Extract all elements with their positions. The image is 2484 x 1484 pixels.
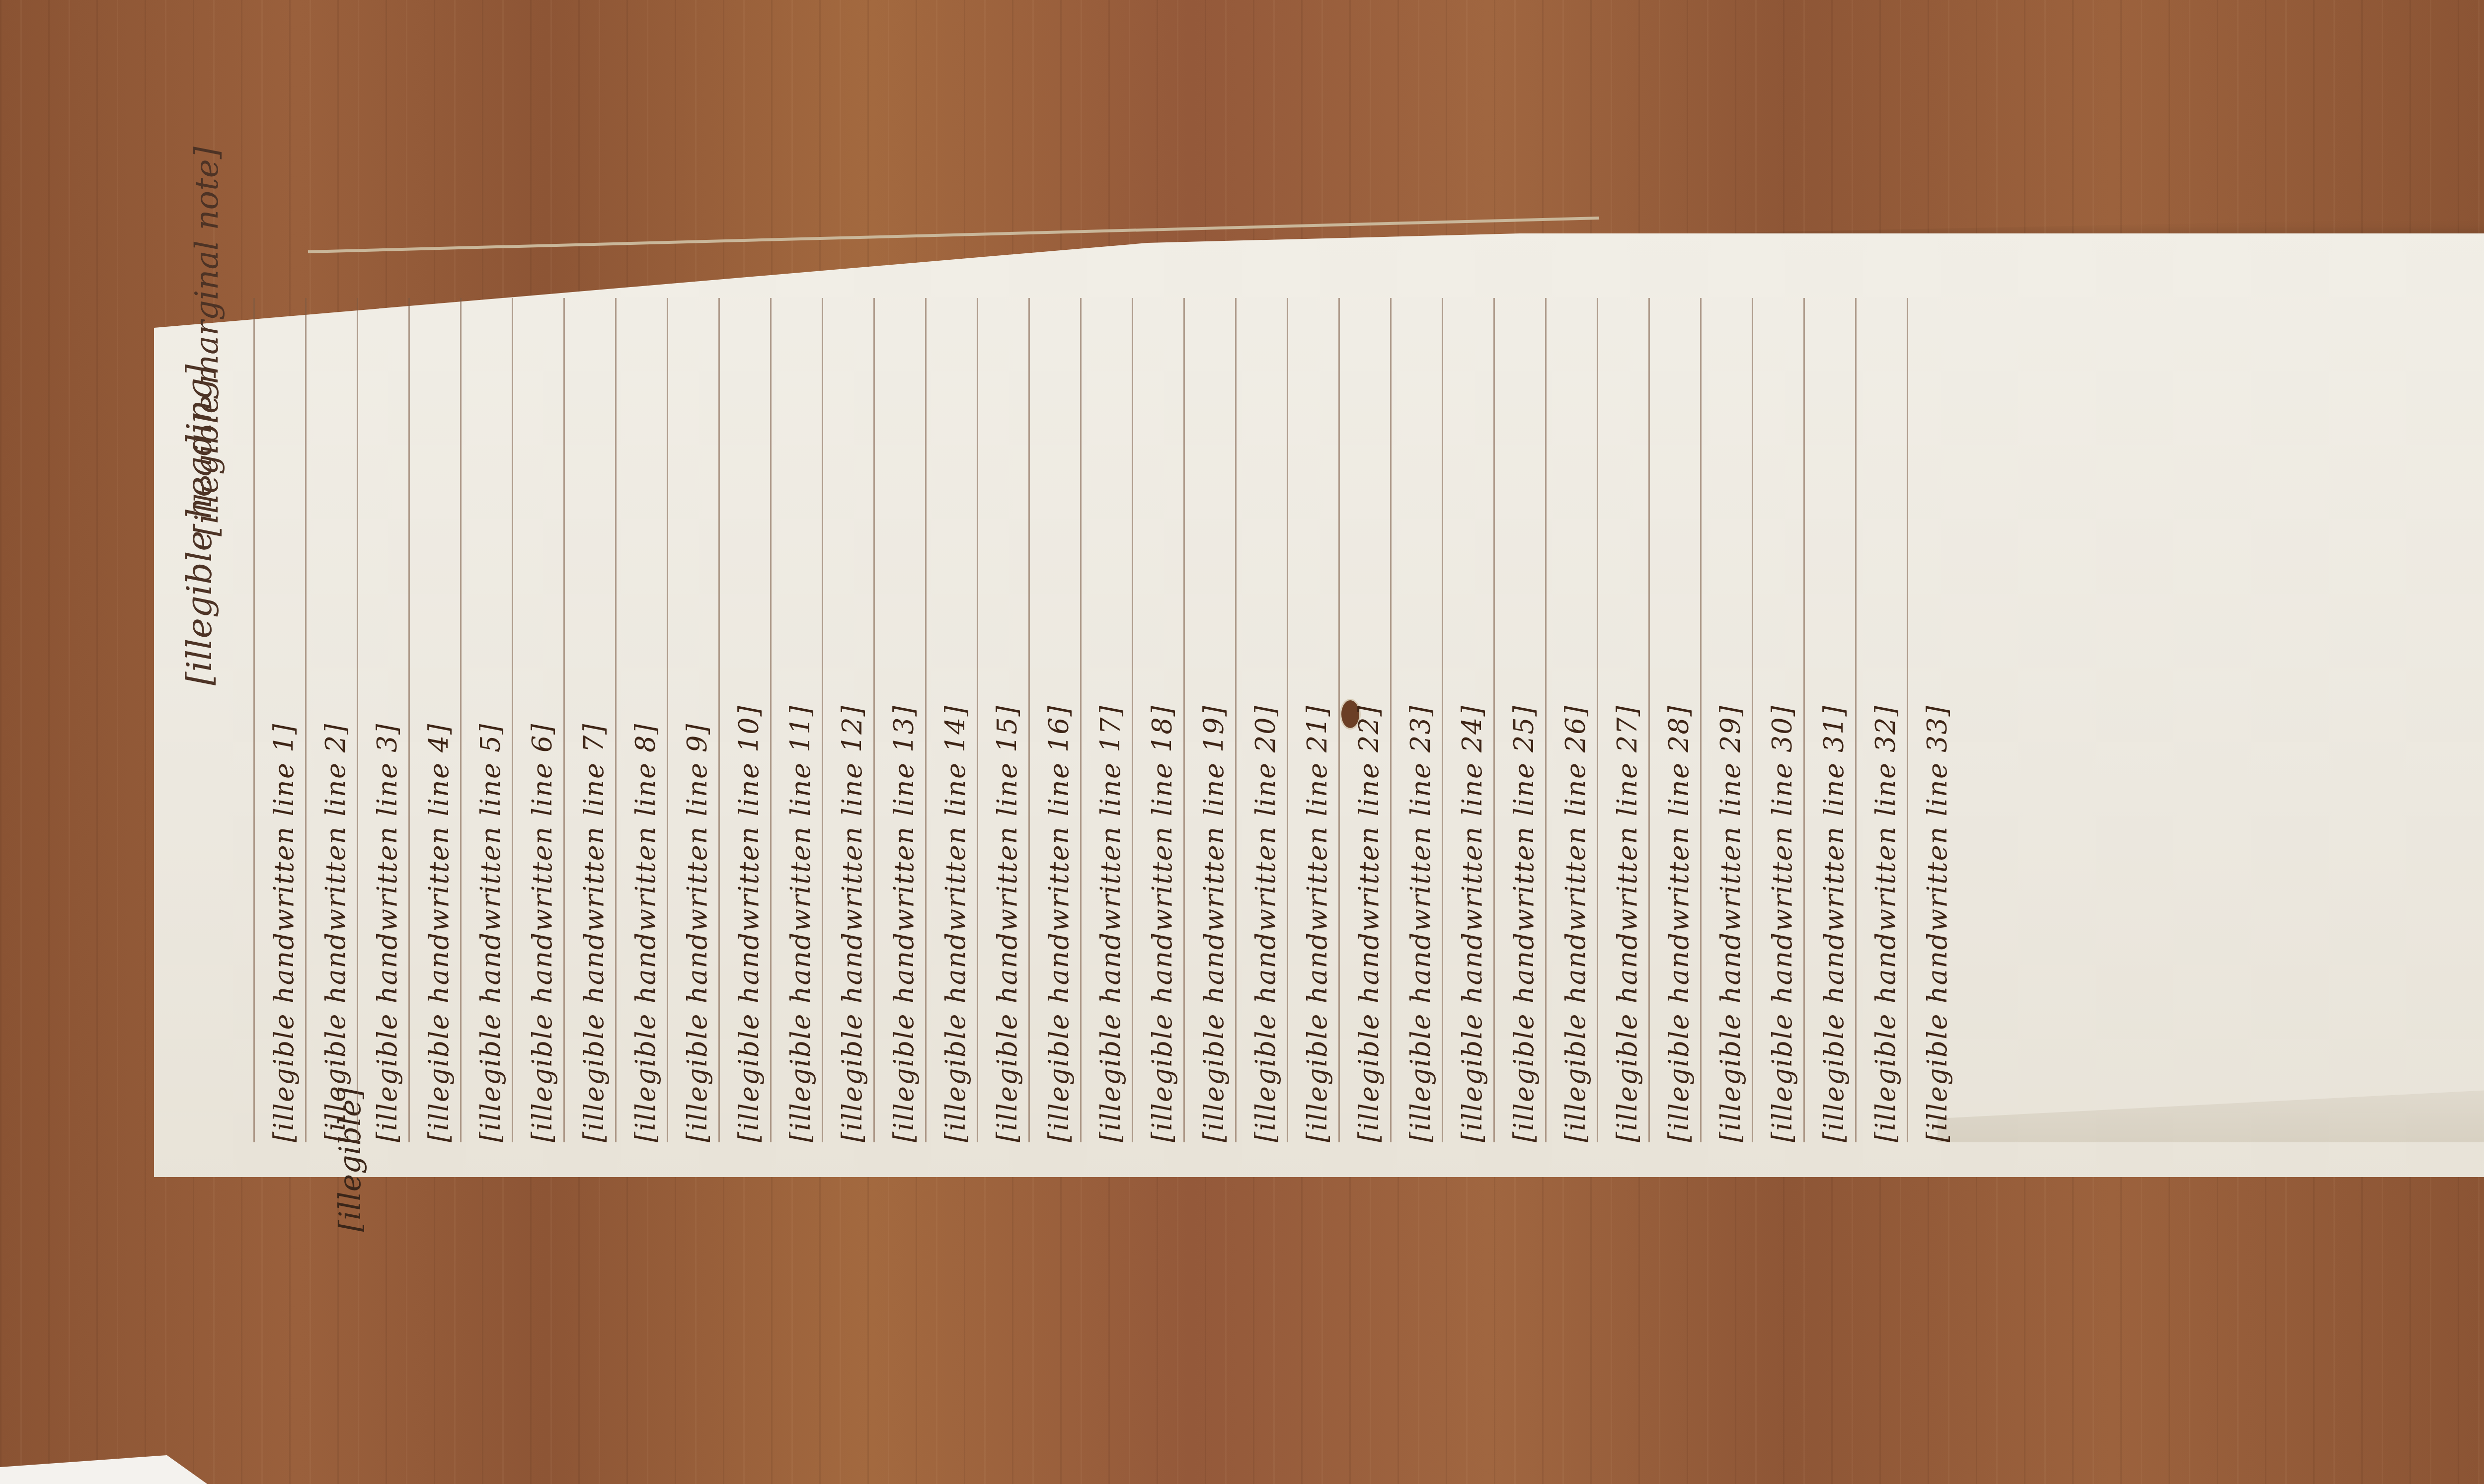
handwritten-line-text: [illegible handwritten line 13] bbox=[888, 298, 920, 1142]
handwritten-line-text: [illegible handwritten line 1] bbox=[268, 298, 300, 1142]
line-rule bbox=[1545, 298, 1547, 1142]
handwritten-line-text: [illegible handwritten line 12] bbox=[837, 298, 868, 1142]
handwritten-line: [illegible handwritten line 20] bbox=[1250, 298, 1273, 1142]
handwritten-line-text: [illegible handwritten line 8] bbox=[630, 298, 661, 1142]
handwritten-line-text: [illegible handwritten line 6] bbox=[527, 298, 558, 1142]
handwritten-line: [illegible handwritten line 31] bbox=[1818, 298, 1841, 1142]
line-rule bbox=[512, 298, 513, 1142]
handwritten-line-text: [illegible handwritten line 18] bbox=[1147, 298, 1178, 1142]
line-rule bbox=[460, 298, 462, 1142]
document-heading: [illegible heading] bbox=[179, 364, 220, 685]
handwritten-line: [illegible handwritten line 11] bbox=[785, 298, 808, 1142]
handwritten-line-text: [illegible handwritten line 21] bbox=[1302, 298, 1333, 1142]
line-rule bbox=[1493, 298, 1495, 1142]
line-rule bbox=[305, 298, 307, 1142]
handwritten-line: [illegible handwritten line 7] bbox=[578, 298, 601, 1142]
handwritten-line: [illegible handwritten line 8] bbox=[630, 298, 653, 1142]
handwritten-line-text: [illegible handwritten line 27] bbox=[1612, 298, 1643, 1142]
handwritten-line-text: [illegible handwritten line 24] bbox=[1457, 298, 1488, 1142]
handwritten-line: [illegible handwritten line 13] bbox=[888, 298, 911, 1142]
handwritten-line: [illegible handwritten line 10] bbox=[733, 298, 756, 1142]
handwritten-line: [illegible handwritten line 30] bbox=[1767, 298, 1789, 1142]
line-rule bbox=[253, 298, 255, 1142]
line-rule bbox=[977, 298, 978, 1142]
handwritten-line-text: [illegible handwritten line 25] bbox=[1508, 298, 1540, 1142]
line-rule bbox=[1390, 298, 1392, 1142]
handwritten-line-text: [illegible handwritten line 31] bbox=[1818, 298, 1850, 1142]
handwritten-line: [illegible handwritten line 19] bbox=[1198, 298, 1221, 1142]
handwritten-line: [illegible handwritten line 29] bbox=[1715, 298, 1738, 1142]
handwritten-line: [illegible handwritten line 3] bbox=[372, 298, 394, 1142]
handwritten-line-text: [illegible handwritten line 10] bbox=[733, 298, 765, 1142]
handwritten-line: [illegible handwritten line 33] bbox=[1922, 298, 1944, 1142]
handwritten-line: [illegible handwritten line 28] bbox=[1663, 298, 1686, 1142]
handwritten-line: [illegible handwritten line 21] bbox=[1302, 298, 1324, 1142]
line-rule bbox=[357, 298, 358, 1142]
handwritten-line: [illegible handwritten line 26] bbox=[1560, 298, 1583, 1142]
line-rule bbox=[1648, 298, 1650, 1142]
line-rule bbox=[1700, 298, 1702, 1142]
handwritten-line: [illegible handwritten line 17] bbox=[1095, 298, 1118, 1142]
line-rule bbox=[770, 298, 772, 1142]
handwritten-line: [illegible handwritten line 23] bbox=[1405, 298, 1428, 1142]
handwritten-line-text: [illegible handwritten line 28] bbox=[1663, 298, 1695, 1142]
line-rule bbox=[1080, 298, 1082, 1142]
handwritten-line: [illegible handwritten line 18] bbox=[1147, 298, 1169, 1142]
handwritten-line-text: [illegible handwritten line 2] bbox=[320, 298, 351, 1142]
handwritten-line-text: [illegible handwritten line 4] bbox=[423, 298, 455, 1142]
handwritten-line-text: [illegible handwritten line 23] bbox=[1405, 298, 1436, 1142]
handwritten-line: [illegible handwritten line 6] bbox=[527, 298, 549, 1142]
handwritten-line-text: [illegible handwritten line 17] bbox=[1095, 298, 1126, 1142]
line-rule bbox=[1183, 298, 1185, 1142]
line-rule bbox=[1132, 298, 1133, 1142]
line-rule bbox=[408, 298, 410, 1142]
line-rule bbox=[925, 298, 927, 1142]
line-rule bbox=[822, 298, 823, 1142]
handwritten-line-text: [illegible handwritten line 14] bbox=[940, 298, 971, 1142]
line-rule bbox=[667, 298, 668, 1142]
line-rule bbox=[1855, 298, 1857, 1142]
line-rule bbox=[1287, 298, 1288, 1142]
handwritten-text-block: [illegible handwritten line 1][illegible… bbox=[268, 298, 2405, 1142]
line-rule bbox=[873, 298, 875, 1142]
handwritten-line: [illegible handwritten line 1] bbox=[268, 298, 291, 1142]
handwritten-line-text: [illegible handwritten line 5] bbox=[475, 298, 506, 1142]
handwritten-line: [illegible handwritten line 16] bbox=[1043, 298, 1066, 1142]
handwritten-line-text: [illegible handwritten line 26] bbox=[1560, 298, 1591, 1142]
handwritten-line: [illegible handwritten line 12] bbox=[837, 298, 859, 1142]
line-rule bbox=[1028, 298, 1030, 1142]
handwritten-line-text: [illegible handwritten line 7] bbox=[578, 298, 610, 1142]
handwritten-line-text: [illegible handwritten line 29] bbox=[1715, 298, 1746, 1142]
handwritten-line-text: [illegible handwritten line 19] bbox=[1198, 298, 1230, 1142]
handwritten-line: [illegible handwritten line 25] bbox=[1508, 298, 1531, 1142]
handwritten-line-text: [illegible handwritten line 15] bbox=[992, 298, 1023, 1142]
line-rule bbox=[1597, 298, 1598, 1142]
handwritten-line: [illegible handwritten line 2] bbox=[320, 298, 343, 1142]
handwritten-line: [illegible handwritten line 9] bbox=[682, 298, 704, 1142]
handwritten-line: [illegible handwritten line 5] bbox=[475, 298, 498, 1142]
line-rule bbox=[1752, 298, 1753, 1142]
handwritten-line-text: [illegible handwritten line 32] bbox=[1870, 298, 1901, 1142]
handwritten-line-text: [illegible handwritten line 20] bbox=[1250, 298, 1281, 1142]
line-rule bbox=[1338, 298, 1340, 1142]
handwritten-line-text: [illegible handwritten line 33] bbox=[1922, 298, 1953, 1142]
handwritten-line: [illegible handwritten line 24] bbox=[1457, 298, 1479, 1142]
handwritten-line: [illegible handwritten line 15] bbox=[992, 298, 1014, 1142]
handwritten-line-text: [illegible handwritten line 3] bbox=[372, 298, 403, 1142]
handwritten-line-text: [illegible handwritten line 16] bbox=[1043, 298, 1075, 1142]
line-rule bbox=[1803, 298, 1805, 1142]
line-rule bbox=[1907, 298, 1908, 1142]
line-rule bbox=[718, 298, 720, 1142]
line-rule bbox=[563, 298, 565, 1142]
line-rule bbox=[1235, 298, 1237, 1142]
handwritten-line-text: [illegible handwritten line 30] bbox=[1767, 298, 1798, 1142]
handwritten-line: [illegible handwritten line 14] bbox=[940, 298, 963, 1142]
line-rule bbox=[615, 298, 617, 1142]
handwritten-line: [illegible handwritten line 32] bbox=[1870, 298, 1893, 1142]
handwritten-line: [illegible handwritten line 22] bbox=[1353, 298, 1376, 1142]
handwritten-line: [illegible handwritten line 4] bbox=[423, 298, 446, 1142]
line-rule bbox=[1442, 298, 1443, 1142]
handwritten-line-text: [illegible handwritten line 9] bbox=[682, 298, 713, 1142]
handwritten-line: [illegible handwritten line 27] bbox=[1612, 298, 1634, 1142]
handwritten-line-text: [illegible handwritten line 11] bbox=[785, 298, 816, 1142]
handwritten-line-text: [illegible handwritten line 22] bbox=[1353, 298, 1385, 1142]
